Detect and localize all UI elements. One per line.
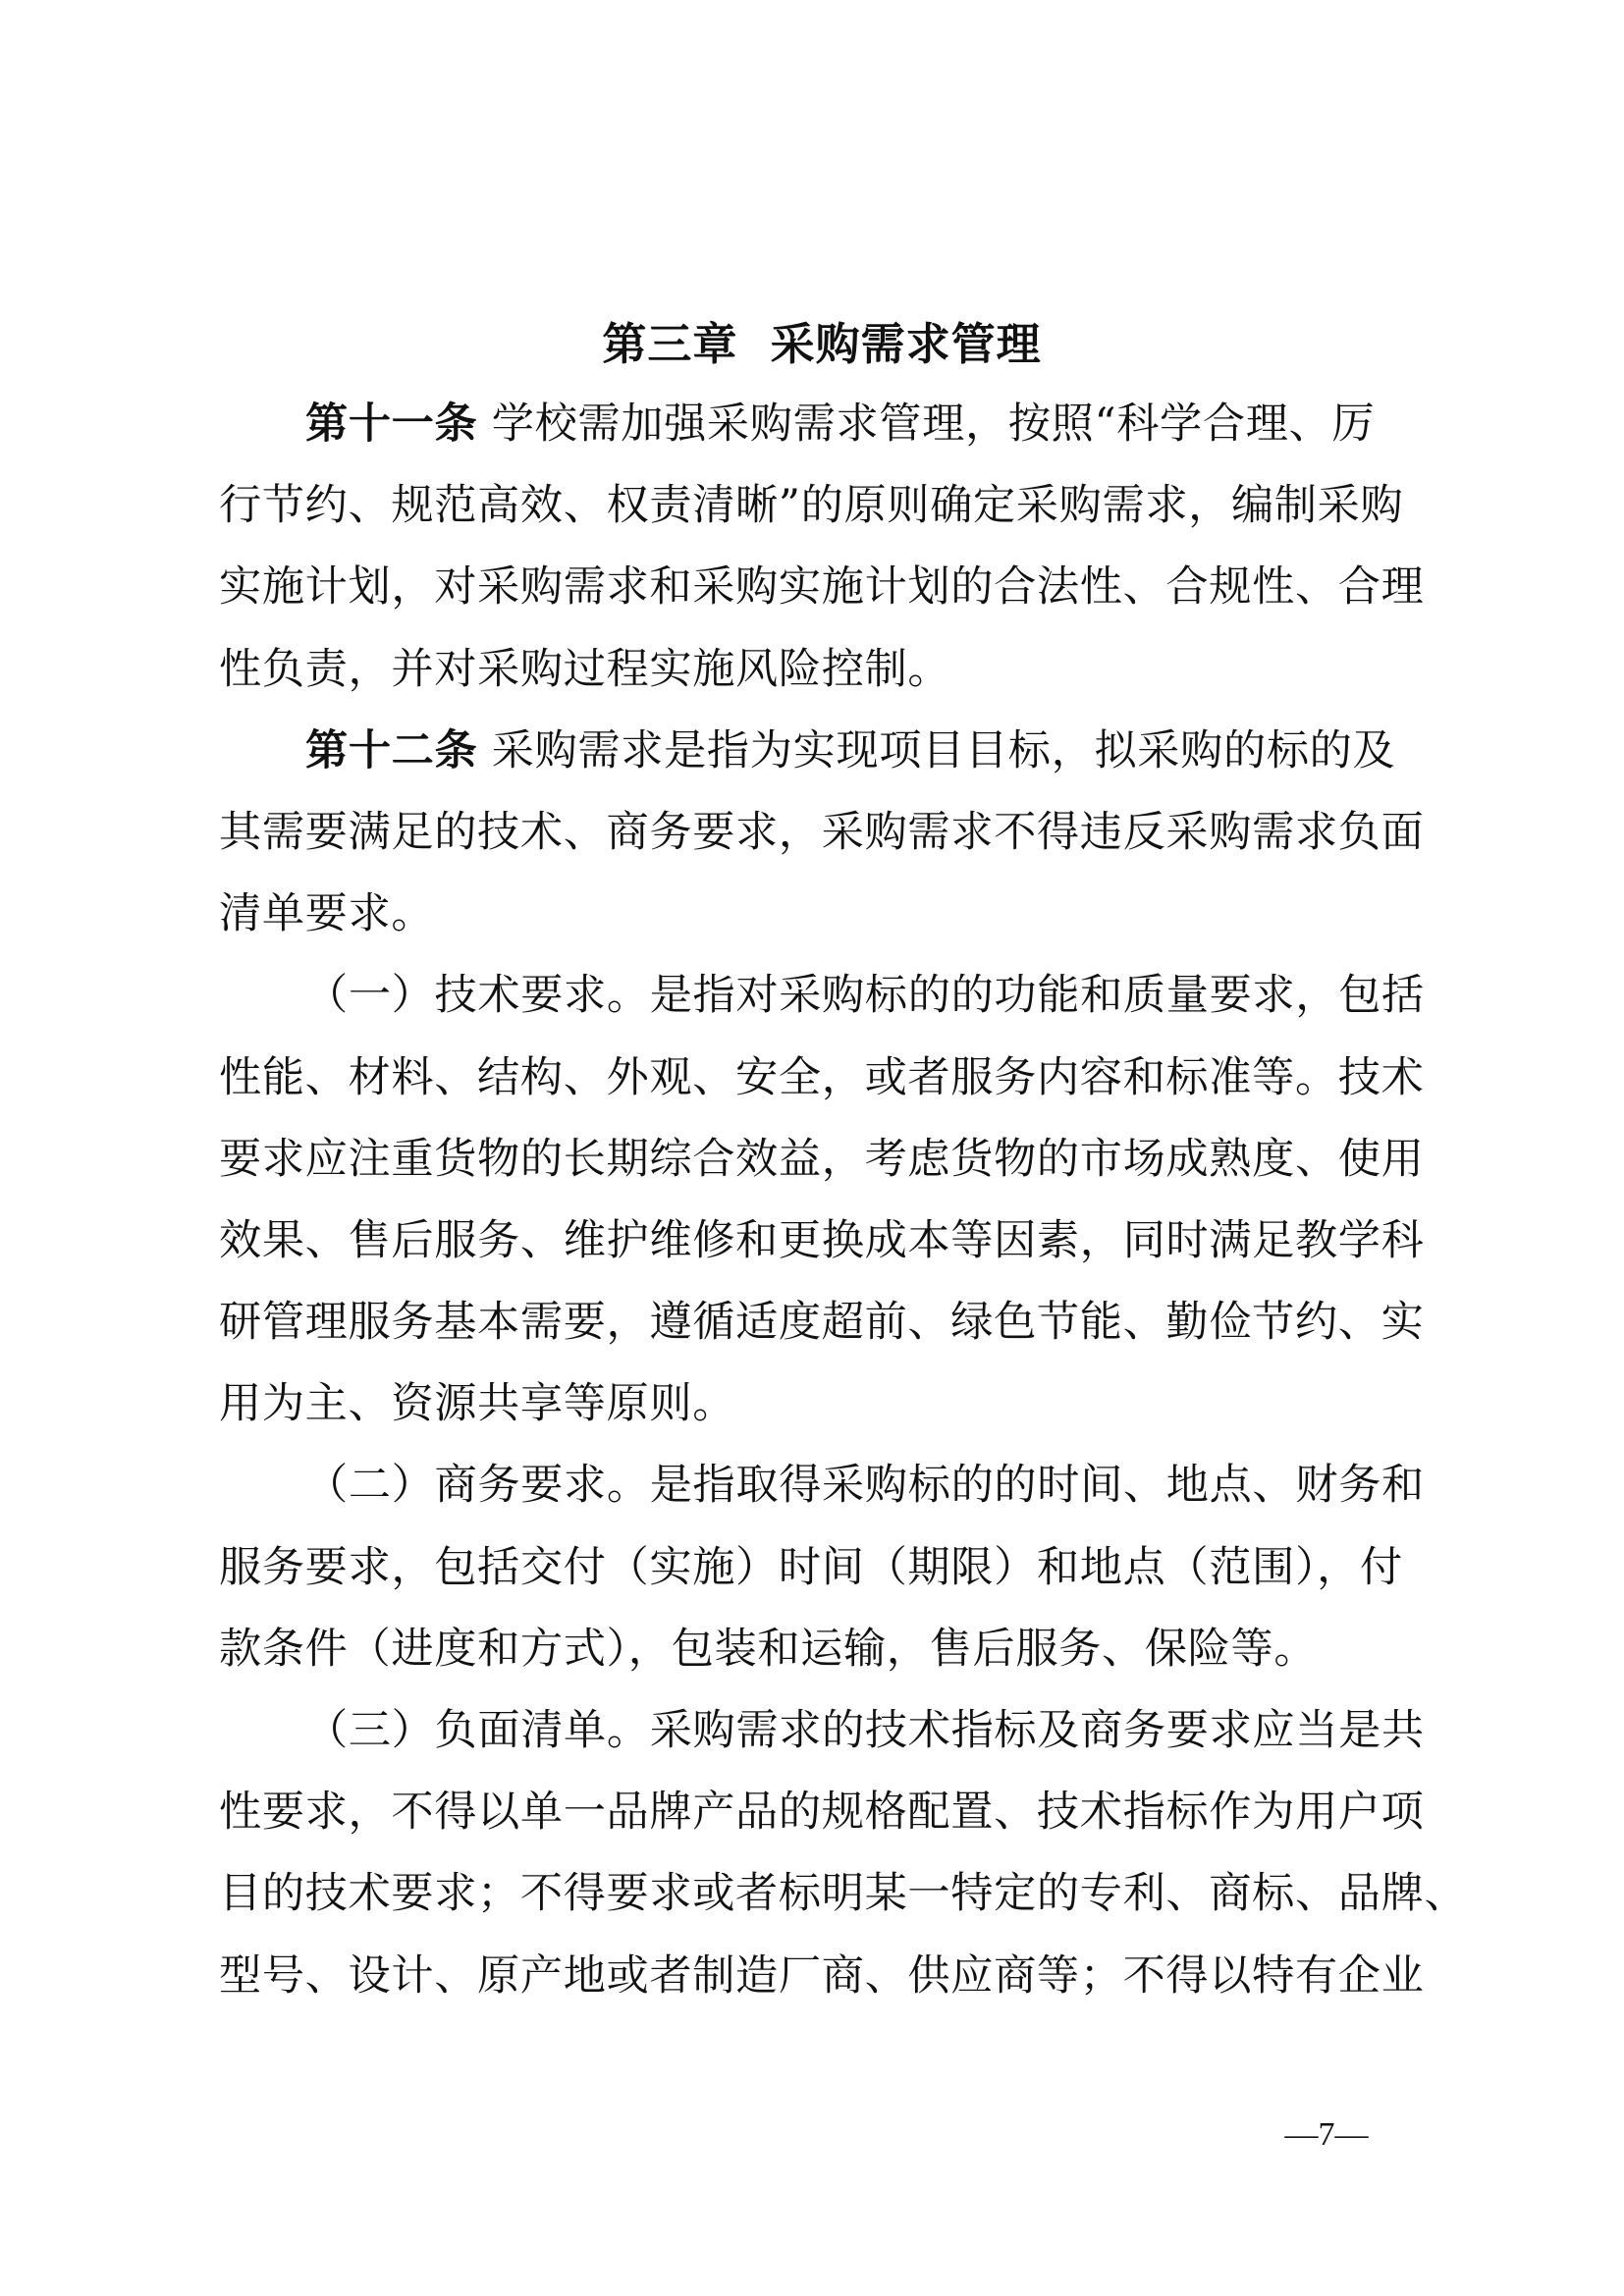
article-12-line-1: 第十二条 采购需求是指为实现项目目标，拟采购的标的及 (219, 711, 1425, 792)
item-2-line-1: （二）商务要求。是指取得采购标的的时间、地点、财务和 (219, 1445, 1425, 1526)
article-12: 第十二条 采购需求是指为实现项目目标，拟采购的标的及 其需要满足的技术、商务要求… (219, 711, 1425, 956)
item-business-requirements: （二）商务要求。是指取得采购标的的时间、地点、财务和 服务要求，包括交付（实施）… (219, 1445, 1425, 1690)
article-label: 第十二条 (305, 726, 477, 775)
article-text: 采购需求是指为实现项目目标，拟采购的标的及 (477, 726, 1395, 775)
article-11: 第十一条 学校需加强采购需求管理，按照“科学合理、厉 行节约、规范高效、权责清晰… (219, 384, 1425, 711)
item-technical-requirements: （一）技术要求。是指对采购标的的功能和质量要求，包括 性能、材料、结构、外观、安… (219, 955, 1425, 1445)
item-1-line-1: （一）技术要求。是指对采购标的的功能和质量要求，包括 (219, 955, 1425, 1037)
item-1-line-5: 研管理服务基本需要，遵循适度超前、绿色节能、勤俭节约、实 (219, 1282, 1425, 1363)
chapter-title: 第三章 采购需求管理 (219, 316, 1425, 373)
item-1-line-2: 性能、材料、结构、外观、安全，或者服务内容和标准等。技术 (219, 1038, 1425, 1119)
item-2-line-3: 款条件（进度和方式），包装和运输，售后服务、保险等。 (219, 1609, 1425, 1690)
article-11-line-4: 性负责，并对采购过程实施风险控制。 (219, 629, 1425, 711)
document-page: 第三章 采购需求管理 第十一条 学校需加强采购需求管理，按照“科学合理、厉 行节… (0, 0, 1624, 2296)
item-1-line-4: 效果、售后服务、维护维修和更换成本等因素，同时满足教学科 (219, 1201, 1425, 1282)
document-body: 第十一条 学校需加强采购需求管理，按照“科学合理、厉 行节约、规范高效、权责清晰… (219, 384, 1425, 2017)
item-3-line-1: （三）负面清单。采购需求的技术指标及商务要求应当是共 (219, 1690, 1425, 1772)
article-11-line-2: 行节约、规范高效、权责清晰”的原则确定采购需求，编制采购 (219, 465, 1425, 547)
item-1-line-3: 要求应注重货物的长期综合效益，考虑货物的市场成熟度、使用 (219, 1119, 1425, 1201)
article-label: 第十一条 (305, 400, 477, 449)
item-3-line-4: 型号、设计、原产地或者制造厂商、供应商等；不得以特有企业 (219, 1936, 1425, 2017)
article-12-line-2: 其需要满足的技术、商务要求，采购需求不得违反采购需求负面 (219, 792, 1425, 874)
page-number: —7— (1272, 2115, 1380, 2155)
item-3-line-2: 性要求，不得以单一品牌产品的规格配置、技术指标作为用户项 (219, 1772, 1425, 1853)
article-11-line-3: 实施计划，对采购需求和采购实施计划的合法性、合规性、合理 (219, 547, 1425, 628)
item-2-line-2: 服务要求，包括交付（实施）时间（期限）和地点（范围），付 (219, 1527, 1425, 1609)
article-12-line-3: 清单要求。 (219, 874, 1425, 955)
item-3-line-3: 目的技术要求；不得要求或者标明某一特定的专利、商标、品牌、 (219, 1853, 1425, 1935)
item-1-line-6: 用为主、资源共享等原则。 (219, 1363, 1425, 1445)
article-text: 学校需加强采购需求管理，按照“科学合理、厉 (477, 400, 1375, 449)
item-negative-list: （三）负面清单。采购需求的技术指标及商务要求应当是共 性要求，不得以单一品牌产品… (219, 1690, 1425, 2017)
article-11-line-1: 第十一条 学校需加强采购需求管理，按照“科学合理、厉 (219, 384, 1425, 465)
